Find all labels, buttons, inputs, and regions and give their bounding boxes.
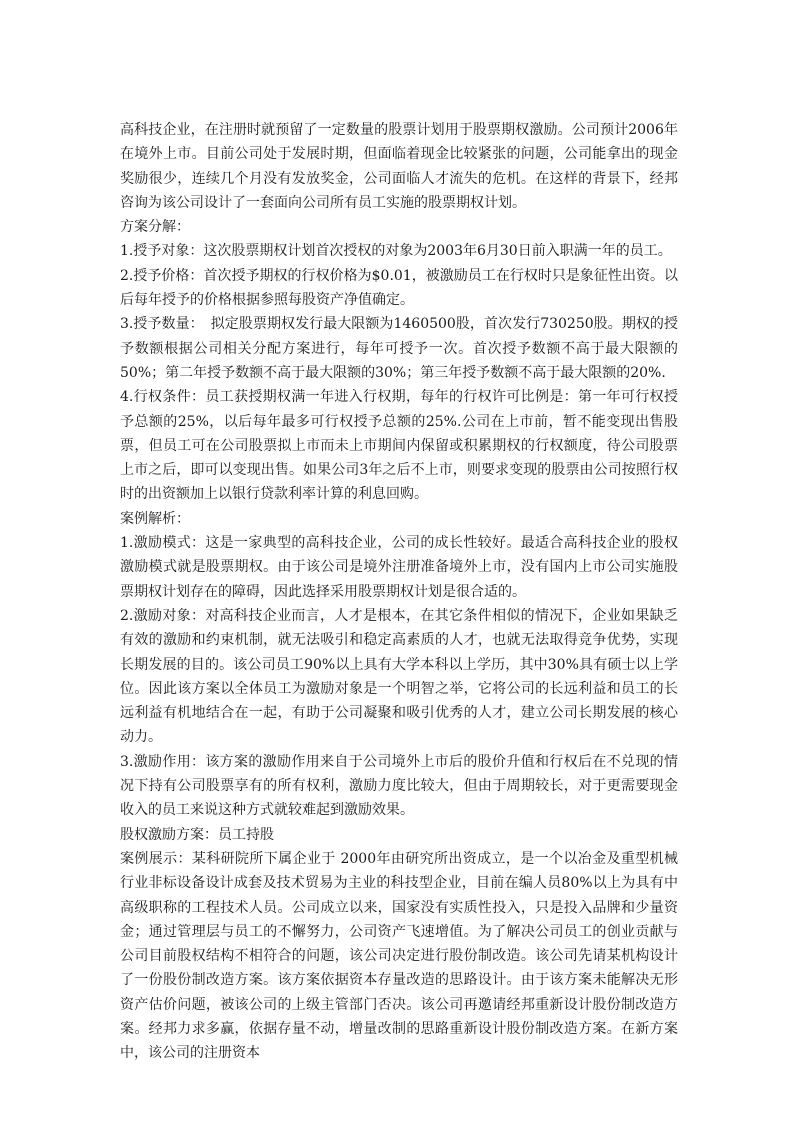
intro-paragraph: 高科技企业，在注册时就预留了一定数量的股票计划用于股票期权激励。公司预计2006… [120, 118, 678, 215]
document-page: 高科技企业，在注册时就预留了一定数量的股票计划用于股票期权激励。公司预计2006… [120, 118, 678, 1066]
analysis-item-incentive-target: 2.激励对象：对高科技企业而言，人才是根本，在其它条件相似的情况下，企业如果缺乏… [120, 604, 678, 750]
plan-item-grant-target: 1.授予对象：这次股票期权计划首次授权的对象为2003年6月30日前入职满一年的… [120, 239, 678, 263]
section-heading-employee-stock-ownership: 股权激励方案：员工持股 [120, 823, 678, 847]
analysis-item-incentive-effect: 3.激励作用：该方案的激励作用来自于公司境外上市后的股价升值和行权后在不兑现的情… [120, 750, 678, 823]
plan-item-grant-price: 2.授予价格：首次授予期权的行权价格为$0.01，被激励员工在行权时只是象征性出… [120, 264, 678, 313]
plan-item-grant-quantity: 3.授予数量： 拟定股票期权发行最大限额为1460500股，首次发行730250… [120, 312, 678, 385]
case-showcase-paragraph: 案例展示：某科研院所下属企业于 2000年由研究所出资成立，是一个以冶金及重型机… [120, 847, 678, 1066]
plan-item-exercise-conditions: 4.行权条件：员工获授期权满一年进入行权期，每年的行权许可比例是：第一年可行权授… [120, 385, 678, 506]
analysis-item-incentive-mode: 1.激励模式：这是一家典型的高科技企业，公司的成长性较好。最适合高科技企业的股权… [120, 531, 678, 604]
section-heading-case-analysis: 案例解析： [120, 507, 678, 531]
section-heading-plan-breakdown: 方案分解： [120, 215, 678, 239]
